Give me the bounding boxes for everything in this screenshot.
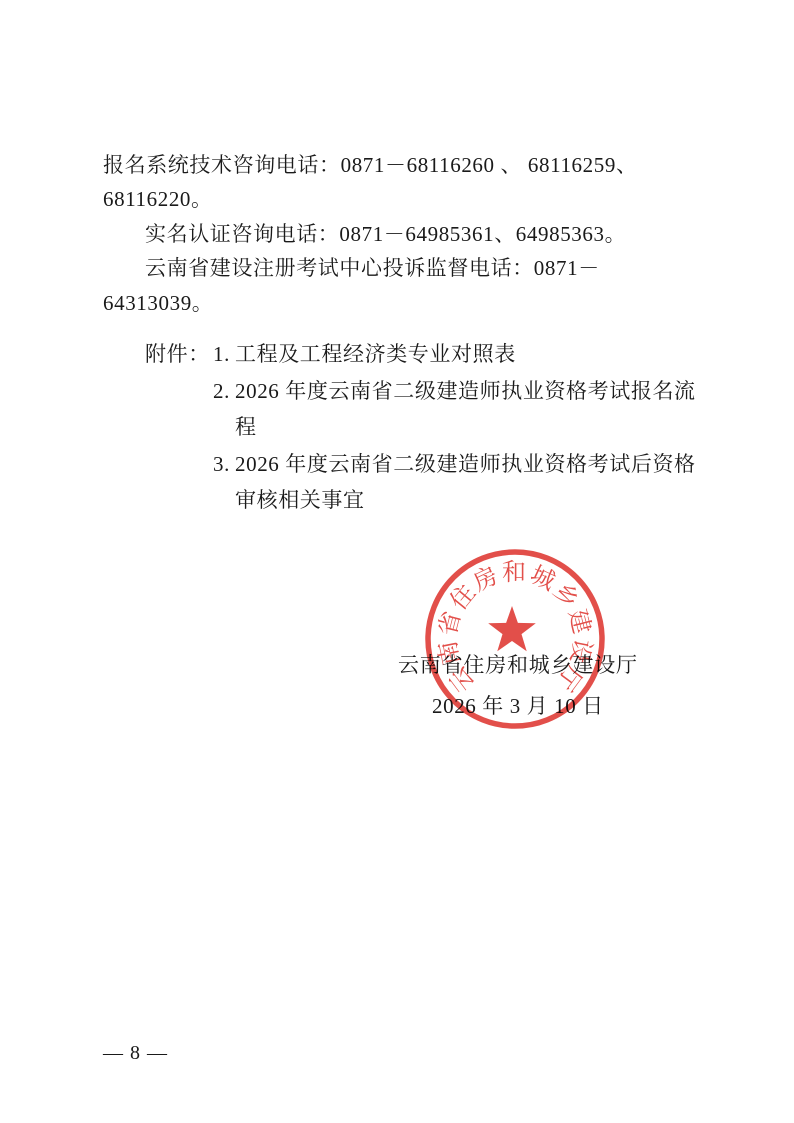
attachment-number: 3. [213,446,235,483]
issue-date: 2026 年 3 月 10 日 [432,694,604,718]
attachment-row: 附件：1.工程及工程经济类专业对照表 [145,336,705,373]
contact-line: 报名系统技术咨询电话：0871－68116260 、 68116259、 [103,153,638,177]
attachment-row: 程 [145,409,705,446]
attachment-row: 3.2026 年度云南省二级建造师执业资格考试后资格 [145,446,705,483]
paragraph-tech-phone: 报名系统技术咨询电话：0871－68116260 、 68116259、6811… [103,148,695,217]
attachment-text: 2026 年度云南省二级建造师执业资格考试报名流 [235,373,696,410]
contact-info-section: 报名系统技术咨询电话：0871－68116260 、 68116259、6811… [103,148,695,320]
attachments-label: 附件： [145,336,213,373]
attachment-text: 审核相关事宜 [235,482,365,519]
page-number: — 8 — [103,1042,168,1065]
star-icon [488,606,536,651]
attachment-row: 2.2026 年度云南省二级建造师执业资格考试报名流 [145,373,705,410]
paragraph-realname-phone: 实名认证咨询电话：0871－64985361、64985363。 [103,217,695,251]
paragraph-supervision-phone: 云南省建设注册考试中心投诉监督电话：0871－64313039。 [103,251,695,320]
contact-line: 68116220。 [103,187,213,211]
attachment-text: 工程及工程经济类专业对照表 [235,336,516,373]
attachment-number: 1. [213,336,235,373]
document-page: 报名系统技术咨询电话：0871－68116260 、 68116259、6811… [0,0,794,1123]
attachment-text: 2026 年度云南省二级建造师执业资格考试后资格 [235,446,696,483]
attachment-row: 审核相关事宜 [145,482,705,519]
attachment-text: 程 [235,409,257,446]
attachments-section: 附件：1.工程及工程经济类专业对照表 2.2026 年度云南省二级建造师执业资格… [145,336,705,519]
attachment-number: 2. [213,373,235,410]
issuer-name: 云南省住房和城乡建设厅 [398,653,638,677]
